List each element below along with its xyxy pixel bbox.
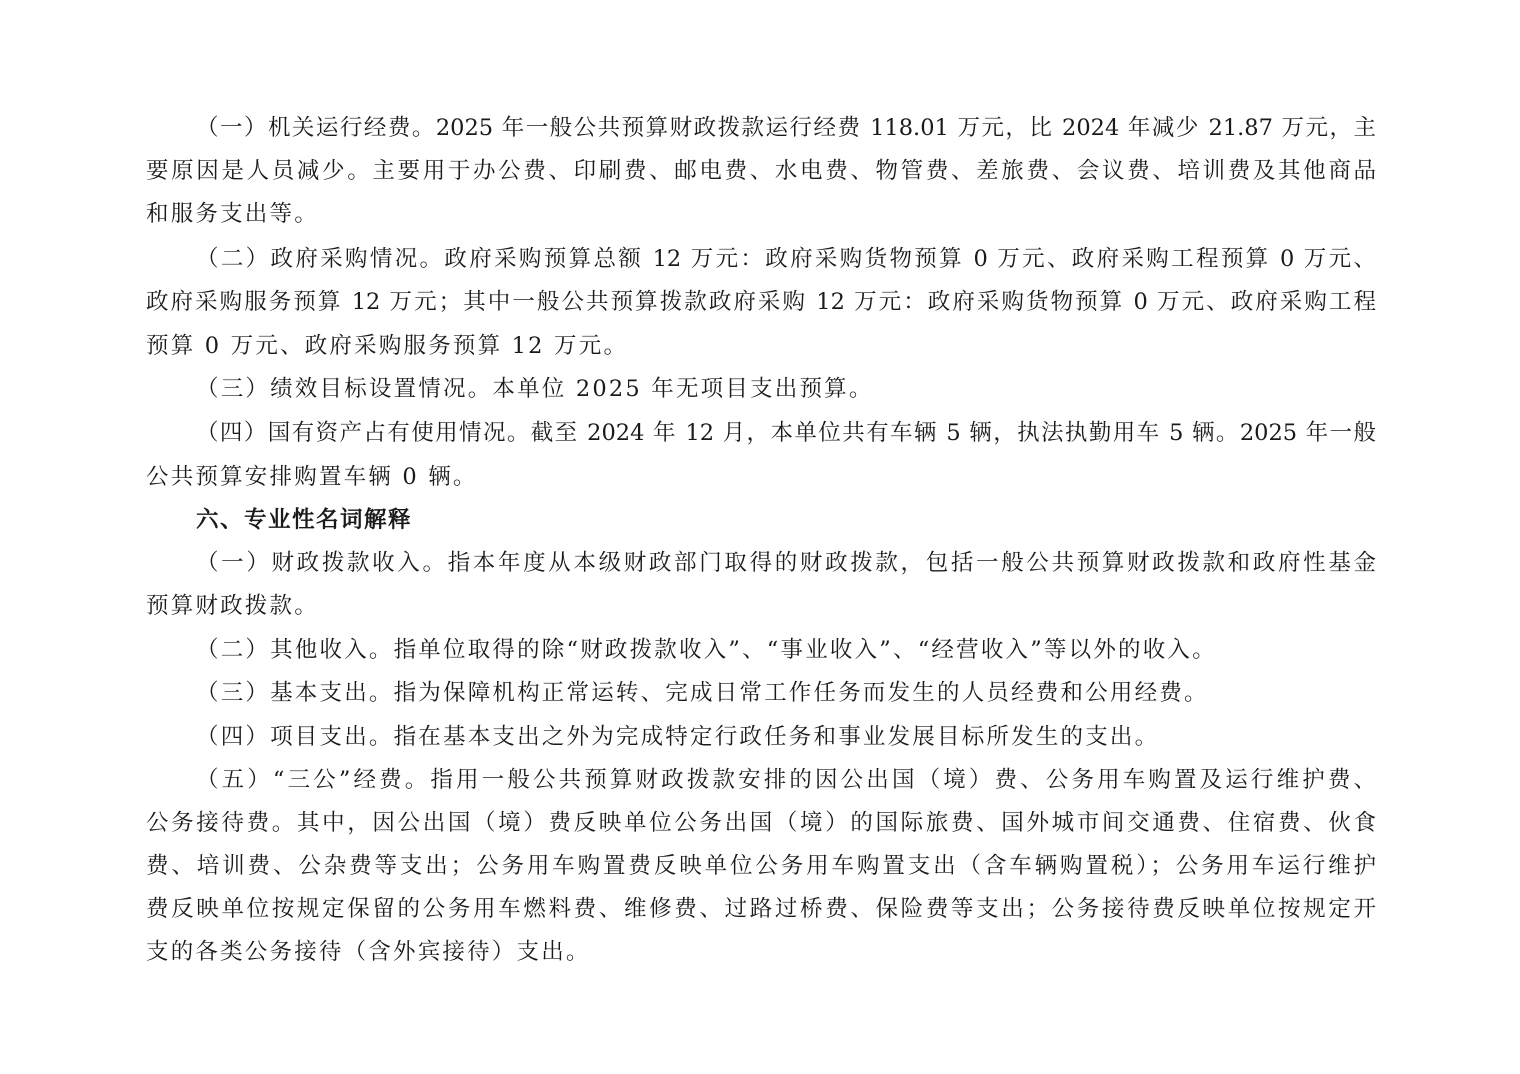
paragraph-state-assets-line-2: 公共预算安排购置车辆 0 辆。 bbox=[146, 462, 1376, 492]
paragraph-three-public-expenses-line-2: 公务接待费。其中，因公出国（境）费反映单位公务出国（境）的国际旅费、国外城市间交… bbox=[146, 808, 1376, 838]
paragraph-project-expenditure-line-1: （四）项目支出。指在基本支出之外为完成特定行政任务和事业发展目标所发生的支出。 bbox=[196, 722, 1376, 752]
paragraph-basic-expenditure-line-1: （三）基本支出。指为保障机构正常运转、完成日常工作任务而发生的人员经费和公用经费… bbox=[196, 678, 1376, 708]
paragraph-operating-expenses-line-1: （一）机关运行经费。2025 年一般公共预算财政拨款运行经费 118.01 万元… bbox=[196, 113, 1376, 143]
paragraph-three-public-expenses-line-3: 费、培训费、公杂费等支出；公务用车购置费反映单位公务用车购置支出（含车辆购置税）… bbox=[146, 851, 1376, 881]
paragraph-fiscal-appropriation-income-line-2: 预算财政拨款。 bbox=[146, 591, 1376, 621]
paragraph-operating-expenses-line-3: 和服务支出等。 bbox=[146, 199, 1376, 229]
paragraph-three-public-expenses-line-1: （五）“三公”经费。指用一般公共预算财政拨款安排的因公出国（境）费、公务用车购置… bbox=[196, 765, 1376, 795]
paragraph-performance-goals-line-1: （三）绩效目标设置情况。本单位 2025 年无项目支出预算。 bbox=[196, 374, 1376, 404]
paragraph-procurement-line-2: 政府采购服务预算 12 万元；其中一般公共预算拨款政府采购 12 万元：政府采购… bbox=[146, 287, 1376, 317]
paragraph-state-assets-line-1: （四）国有资产占有使用情况。截至 2024 年 12 月，本单位共有车辆 5 辆… bbox=[196, 418, 1376, 448]
paragraph-other-income-line-1: （二）其他收入。指单位取得的除“财政拨款收入”、“事业收入”、“经营收入”等以外… bbox=[196, 635, 1376, 665]
document-page: （一）机关运行经费。2025 年一般公共预算财政拨款运行经费 118.01 万元… bbox=[0, 0, 1520, 1074]
paragraph-procurement-line-1: （二）政府采购情况。政府采购预算总额 12 万元：政府采购货物预算 0 万元、政… bbox=[196, 244, 1376, 274]
paragraph-fiscal-appropriation-income-line-1: （一）财政拨款收入。指本年度从本级财政部门取得的财政拨款，包括一般公共预算财政拨… bbox=[196, 548, 1376, 578]
section-heading-terminology: 六、专业性名词解释 bbox=[196, 505, 1376, 535]
paragraph-operating-expenses-line-2: 要原因是人员减少。主要用于办公费、印刷费、邮电费、水电费、物管费、差旅费、会议费… bbox=[146, 156, 1376, 186]
paragraph-procurement-line-3: 预算 0 万元、政府采购服务预算 12 万元。 bbox=[146, 331, 1376, 361]
paragraph-three-public-expenses-line-5: 支的各类公务接待（含外宾接待）支出。 bbox=[146, 937, 1376, 967]
paragraph-three-public-expenses-line-4: 费反映单位按规定保留的公务用车燃料费、维修费、过路过桥费、保险费等支出；公务接待… bbox=[146, 894, 1376, 924]
